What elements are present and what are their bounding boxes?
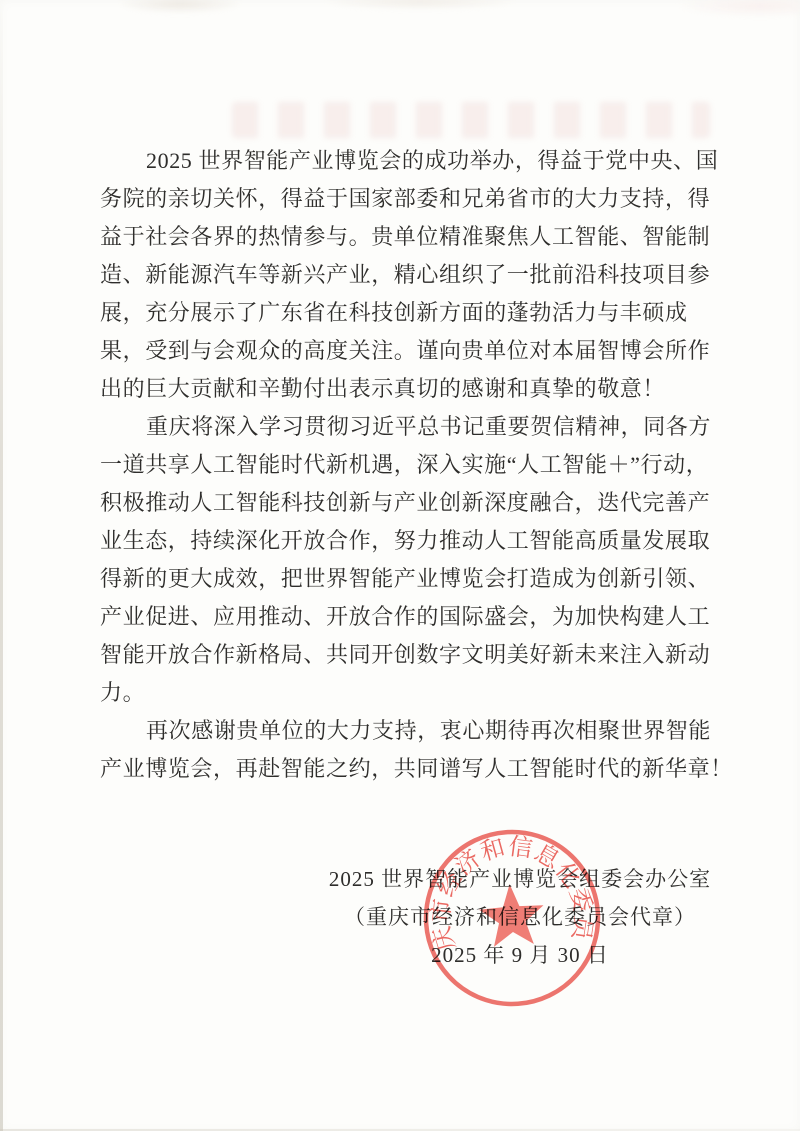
bleedthrough-ghost-text [232,102,710,138]
body-line: 出的巨大贡献和辛勤付出表示真切的感谢和真挚的敬意！ [100,370,718,408]
body-line: 果，受到与会观众的高度关注。谨向贵单位对本届智博会所作 [100,332,718,370]
body-line: 益于社会各界的热情参与。贵单位精准聚焦人工智能、智能制 [100,218,718,256]
letter-body: 2025 世界智能产业博览会的成功举办，得益于党中央、国 务院的亲切关怀，得益于… [100,142,718,788]
star-icon [477,882,546,948]
body-line: 产业博览会，再赴智能之约，共同谱写人工智能时代的新华章！ [100,750,718,788]
letter-page: 2025 世界智能产业博览会的成功举办，得益于党中央、国 务院的亲切关怀，得益于… [0,0,800,1131]
body-line: 2025 世界智能产业博览会的成功举办，得益于党中央、国 [100,142,718,180]
body-line: 重庆将深入学习贯彻习近平总书记重要贺信精神，同各方 [100,408,718,446]
body-line: 得新的更大成效，把世界智能产业博览会打造成为创新引领、 [100,560,718,598]
body-line: 业生态，持续深化开放合作，努力推动人工智能高质量发展取 [100,522,718,560]
scan-edge-left [0,0,3,1131]
body-line: 再次感谢贵单位的大力支持，衷心期待再次相聚世界智能 [100,712,718,750]
body-line: 展，充分展示了广东省在科技创新方面的蓬勃活力与丰硕成 [100,294,718,332]
body-line: 积极推动人工智能科技创新与产业创新深度融合，迭代完善产 [100,484,718,522]
body-line: 一道共享人工智能时代新机遇，深入实施“人工智能＋”行动， [100,446,718,484]
body-line: 力。 [100,674,718,712]
body-line: 智能开放合作新格局、共同开创数字文明美好新未来注入新动 [100,636,718,674]
body-line: 务院的亲切关怀，得益于国家部委和兄弟省市的大力支持，得 [100,180,718,218]
body-line: 产业促进、应用推动、开放合作的国际盛会，为加快构建人工 [100,598,718,636]
body-line: 造、新能源汽车等新兴产业，精心组织了一批前沿科技项目参 [100,256,718,294]
scan-smudge-top [0,0,800,20]
official-seal: 重庆市经济和信息化委员会 [395,801,630,1036]
